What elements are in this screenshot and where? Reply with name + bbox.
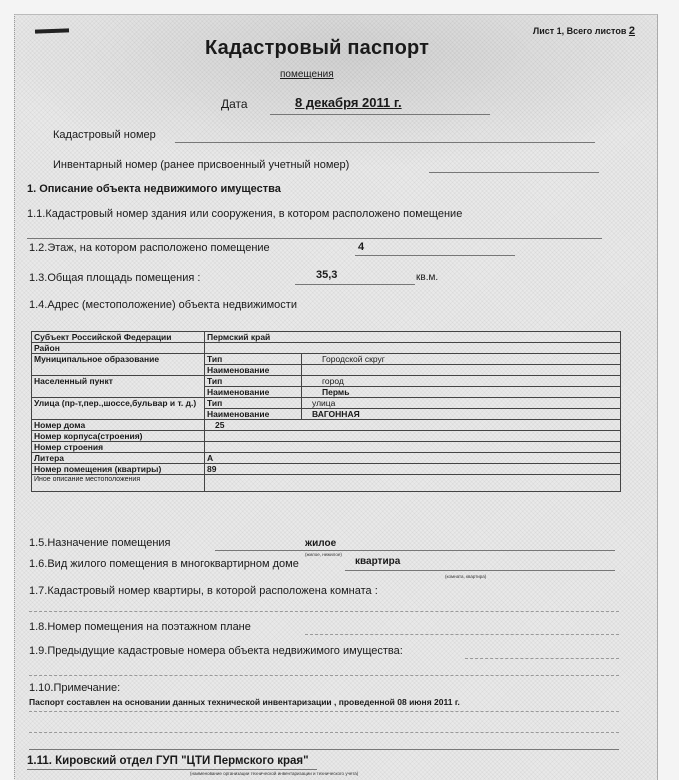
field-1-6-value: квартира [355, 556, 400, 567]
district-value [205, 343, 621, 354]
cadastral-number-line [175, 142, 595, 143]
field-1-9-line [465, 658, 619, 659]
subject-value: Пермский край [205, 332, 621, 343]
inventory-number-label: Инвентарный номер (ранее присвоенный уче… [53, 159, 349, 171]
date-value: 8 декабря 2011 г. [295, 95, 402, 110]
street-name-label: Наименование [205, 409, 302, 420]
cadastral-number-label: Кадастровый номер [53, 129, 156, 141]
apartment-value: 89 [205, 464, 621, 475]
field-1-6-hint: (комната, квартира) [445, 574, 486, 579]
date-underline [270, 114, 490, 115]
settlement-type-value: город [302, 376, 621, 387]
field-1-9-line-2 [29, 675, 619, 676]
field-1-9-label: 1.9.Предыдущие кадастровые номера объект… [29, 645, 403, 657]
address-table: Субъект Российской Федерации Пермский кр… [31, 331, 621, 492]
field-1-3-unit: кв.м. [416, 272, 438, 283]
street-type-value: улица [302, 398, 621, 409]
field-1-4-label: 1.4.Адрес (местоположение) объекта недви… [29, 299, 297, 311]
field-1-10-label: 1.10.Примечание: [29, 682, 120, 694]
sheet-label: Лист 1, Всего листов [533, 26, 626, 36]
structure-label: Номер строения [32, 442, 205, 453]
field-1-6-line [345, 570, 615, 571]
letter-value: А [205, 453, 621, 464]
section-1-title: 1. Описание объекта недвижимого имуществ… [27, 183, 281, 195]
structure-value [205, 442, 621, 453]
letter-label: Литера [32, 453, 205, 464]
field-1-8-label: 1.8.Номер помещения на поэтажном плане [29, 621, 251, 633]
municipal-name-value [302, 365, 621, 376]
field-1-11-label: 1.11. Кировский отдел ГУП "ЦТИ Пермского… [27, 755, 309, 767]
field-1-2-line [355, 255, 515, 256]
table-row: Муниципальное образование Тип Городской … [32, 354, 621, 365]
settlement-label: Населенный пункт [32, 376, 205, 398]
other-value [205, 475, 621, 492]
date-label: Дата [221, 97, 248, 111]
street-label: Улица (пр-т,пер.,шоссе,бульвар и т. д.) [32, 398, 205, 420]
field-1-10-line-3 [29, 749, 619, 750]
building-label: Номер корпуса(строения) [32, 431, 205, 442]
field-1-7-label: 1.7.Кадастровый номер квартиры, в которо… [29, 585, 378, 597]
municipal-label: Муниципальное образование [32, 354, 205, 376]
settlement-type-label: Тип [205, 376, 302, 387]
house-label: Номер дома [32, 420, 205, 431]
settlement-name-label: Наименование [205, 387, 302, 398]
cadastral-passport-page: Лист 1, Всего листов 2 Кадастровый паспо… [14, 14, 658, 780]
table-row: Номер помещения (квартиры) 89 [32, 464, 621, 475]
field-1-3-label: 1.3.Общая площадь помещения : [29, 272, 200, 284]
table-row: Район [32, 343, 621, 354]
table-row: Населенный пункт Тип город [32, 376, 621, 387]
field-1-7-line [29, 611, 619, 612]
field-1-2-label: 1.2.Этаж, на котором расположено помещен… [29, 242, 270, 254]
table-row: Номер дома 25 [32, 420, 621, 431]
field-1-1-label: 1.1.Кадастровый номер здания или сооруже… [27, 208, 462, 220]
scan-mark [35, 28, 69, 33]
sheet-counter: Лист 1, Всего листов 2 [533, 25, 635, 37]
inventory-number-line [429, 172, 599, 173]
field-1-10-value: Паспорт составлен на основании данных те… [29, 697, 460, 707]
field-1-11-line [27, 769, 317, 770]
table-row: Улица (пр-т,пер.,шоссе,бульвар и т. д.) … [32, 398, 621, 409]
field-1-1-line [27, 238, 602, 239]
field-1-5-value: жилое [305, 538, 336, 549]
building-value [205, 431, 621, 442]
field-1-10-line-2 [29, 732, 619, 733]
field-1-5-hint: (жилое, нежилое) [305, 552, 342, 557]
field-1-3-value: 35,3 [316, 269, 337, 281]
municipal-type-label: Тип [205, 354, 302, 365]
field-1-8-line [305, 634, 619, 635]
field-1-10-line [29, 711, 619, 712]
subject-label: Субъект Российской Федерации [32, 332, 205, 343]
field-1-3-line [295, 284, 415, 285]
other-label: Иное описание местоположения [32, 475, 205, 492]
field-1-11-hint: (наименование организации технической ин… [190, 771, 358, 776]
street-type-label: Тип [205, 398, 302, 409]
settlement-name-value: Пермь [302, 387, 621, 398]
municipal-type-value: Городской скруг [302, 354, 621, 365]
table-row: Субъект Российской Федерации Пермский кр… [32, 332, 621, 343]
field-1-5-label: 1.5.Назначение помещения [29, 537, 171, 549]
field-1-5-line [215, 550, 615, 551]
district-label: Район [32, 343, 205, 354]
table-row: Литера А [32, 453, 621, 464]
field-1-6-label: 1.6.Вид жилого помещения в многоквартирн… [29, 558, 299, 570]
house-value: 25 [205, 420, 621, 431]
street-name-value: ВАГОННАЯ [302, 409, 621, 420]
field-1-2-value: 4 [358, 241, 364, 253]
table-row: Иное описание местоположения [32, 475, 621, 492]
table-row: Номер корпуса(строения) [32, 431, 621, 442]
document-subtitle: помещения [280, 69, 334, 80]
municipal-name-label: Наименование [205, 365, 302, 376]
table-row: Номер строения [32, 442, 621, 453]
document-title: Кадастровый паспорт [205, 37, 429, 60]
apartment-label: Номер помещения (квартиры) [32, 464, 205, 475]
sheet-total: 2 [629, 25, 635, 37]
